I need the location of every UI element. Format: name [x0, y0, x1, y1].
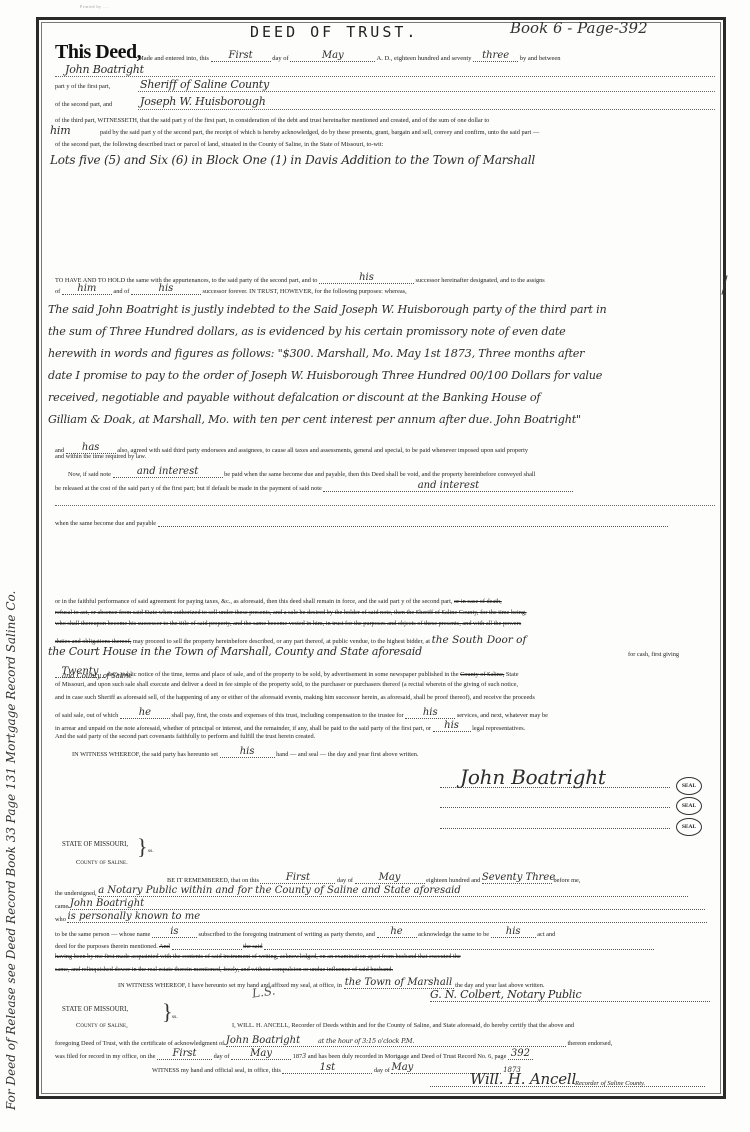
witnesseth-line-1: of the third part, WITNESSETH, that the … [55, 117, 489, 124]
recital-line: herewith in words and figures as follows… [48, 347, 584, 360]
certify-line: I, WILL. H. ANCELL, Recorder of Deeds wi… [232, 1022, 574, 1029]
second-part-label: of the second part, and [55, 101, 112, 108]
witnesseth-line-3: of the second part, the following descri… [55, 141, 383, 148]
day-field: First [211, 50, 271, 62]
brace: } [137, 834, 148, 860]
notary-signature: G. N. Colbert, Notary Public [430, 988, 581, 1001]
land-description: Lots five (5) and Six (6) in Block One (… [50, 153, 535, 167]
signature-line [430, 1086, 705, 1087]
seal-icon: SEAL [676, 777, 702, 795]
days-insert: and County of Saline [62, 672, 132, 680]
day-of-label: day of [272, 55, 288, 62]
notice-line-6: in arrear and unpaid on the note aforesa… [55, 720, 525, 732]
notice-line-4: and in case such Sheriff as aforesaid se… [55, 694, 535, 701]
deed-purposes-line: deed for the purposes therein mentioned.… [55, 940, 654, 950]
default-line-1: or in the faithful performance of said a… [55, 598, 502, 605]
undersigned-line: the undersigned, a Notary Public within … [55, 885, 688, 897]
signature-line [430, 1001, 710, 1002]
witness-hand-line: WITNESS my hand and official seal, in of… [152, 1062, 521, 1074]
released-line: be released at the cost of the said part… [55, 480, 573, 492]
seal-icon: SEAL [676, 797, 702, 815]
recorder-title: Recorder of Saline County. [575, 1080, 645, 1087]
rec-county: County of Saline, [76, 1022, 128, 1029]
within-time-line: and within the time required by law. [55, 453, 146, 460]
signature-line [440, 828, 670, 829]
recital-line: the sum of Three Hundred dollars, as is … [48, 325, 566, 338]
him-value: him [50, 124, 70, 137]
by-between-label: by and between [520, 55, 561, 62]
who-line: who is personally known to me [55, 911, 707, 923]
third-party-name: Joseph W. Huisborough [140, 95, 266, 108]
remembered-line: BE IT REMEMBERED, that on this First day… [167, 872, 580, 884]
deed-page: Printed by .... DEED OF TRUST. Book 6 - … [0, 0, 750, 1132]
ack-county: County of Saline. [76, 859, 128, 866]
book-reference: Book 6 - Page-392 [510, 19, 648, 37]
now-if-line: Now, if said note and interest be paid w… [68, 466, 535, 478]
made-entered-label: Made and entered into, this [138, 55, 209, 62]
for-cash-label: for cash, first giving [628, 651, 679, 658]
first-party-name: John Boatright [65, 63, 144, 76]
grantor-signature: John Boatright [460, 765, 606, 789]
witness-line: IN WITNESS WHEREOF, the said party has h… [72, 746, 419, 758]
document-title: DEED OF TRUST. [250, 23, 418, 41]
recital-line: Gilliam & Doak, at Marshall, Mo. with te… [48, 413, 581, 426]
this-deed-heading: This Deed, [55, 41, 141, 64]
preamble-line: Made and entered into, this First day of… [138, 50, 561, 62]
recital-line: The said John Boatright is justly indebt… [48, 303, 606, 316]
struck-line: same, and relinquished dower in the real… [55, 966, 393, 973]
ack-ss: ss. [148, 848, 154, 854]
margin-release-note: For Deed of Release see Deed Record Book… [4, 40, 18, 1110]
rule [55, 505, 715, 506]
second-party-name: Sheriff of Saline County [140, 78, 269, 91]
filed-time: at the hour of 3:15 o'clock P.M. [318, 1037, 414, 1045]
default-line-3-struck: who shall thereupon become his successor… [55, 620, 521, 627]
rule [138, 109, 715, 110]
ad-label: A. D., eighteen hundred and seventy [377, 55, 472, 62]
witnesseth-line-2: paid by the said part y of the second pa… [100, 129, 539, 136]
notice-line-7: And the said party of the second part co… [55, 733, 315, 740]
rec-state: STATE OF MISSOURI, [62, 1006, 128, 1013]
year-field: three [473, 50, 518, 62]
notice-line-5: of said sale, out of which he shall pay,… [55, 707, 548, 719]
rule [138, 91, 715, 92]
rule [55, 76, 715, 77]
ack-state: STATE OF MISSOURI, [62, 841, 128, 848]
printer-imprint: Printed by .... [80, 4, 109, 9]
sale-location: the Court House in the Town of Marshall,… [48, 645, 422, 658]
signature-line [440, 807, 670, 808]
brace: } [162, 999, 173, 1025]
came-line: came John Boatright [55, 898, 705, 910]
habendum-line-2: of him and of his successor forever. IN … [55, 283, 407, 295]
notice-line-3: of Missouri, and upon such sale shall ex… [55, 681, 518, 688]
filed-line: was filed for record in my office, on th… [55, 1048, 533, 1060]
struck-line: having been by me first made acquainted … [55, 953, 461, 960]
recital-line: date I promise to pay to the order of Jo… [48, 369, 602, 382]
month-field: May [290, 50, 375, 62]
first-part-label: part y of the first part, [55, 83, 110, 90]
rec-ss: ss. [172, 1014, 178, 1020]
recital-line: received, negotiable and payable without… [48, 391, 540, 404]
same-person-line: to be the same person — whose name is su… [55, 926, 555, 938]
seal-icon: SEAL [676, 818, 702, 836]
default-line-2-struck: refusal to act, or absence from said Sta… [55, 609, 527, 616]
when-due-line: when the same become due and payable [55, 517, 668, 527]
signature-line [440, 787, 670, 788]
